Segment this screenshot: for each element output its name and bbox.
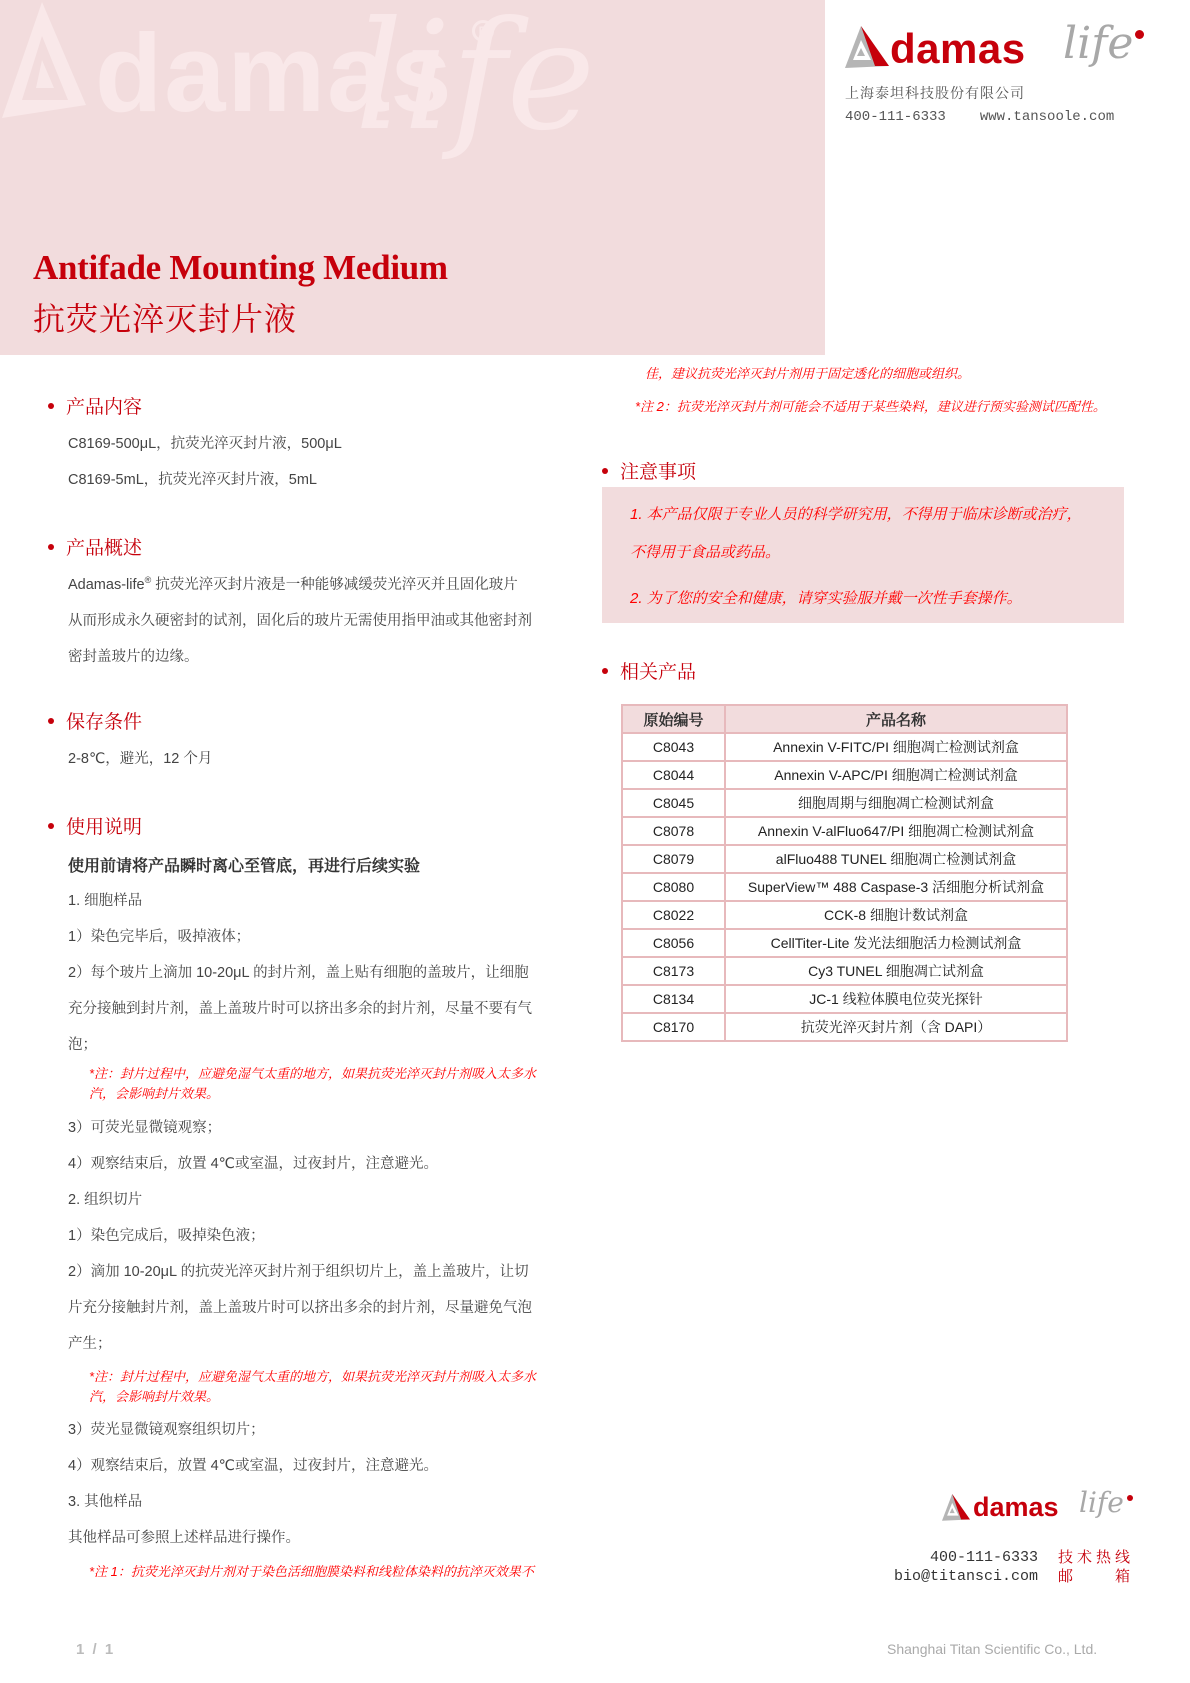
usage-instructions-end: 3）荧光显微镜观察组织切片； 4）观察结束后，放置 4℃或室温，过夜封片，注意避…: [68, 1412, 580, 1556]
footer-email[interactable]: bio@titansci.com: [894, 1567, 1038, 1586]
bullet-icon: [48, 403, 54, 409]
triangle-logo-icon: [845, 26, 889, 70]
table-header-row: 原始编号 产品名称: [622, 705, 1067, 733]
usage-step: 2）每个玻片上滴加 10-20μL 的封片剂，盖上贴有细胞的盖玻片，让细胞: [68, 955, 580, 991]
usage-step: 其他样品可参照上述样品进行操作。: [68, 1520, 580, 1556]
footer-phone: 400-111-6333: [930, 1548, 1038, 1567]
footer-phone-row: 400-111-6333 技术热线: [870, 1548, 1130, 1567]
contents-item: C8169-500μL，抗荧光淬灭封片液，500μL: [68, 426, 580, 462]
column-header-code: 原始编号: [622, 705, 725, 733]
contents-item: C8169-5mL，抗荧光淬灭封片液，5mL: [68, 462, 580, 498]
usage-step: 充分接触到封片剂，盖上盖玻片时可以挤出多余的封片剂，尽量不要有气: [68, 991, 580, 1027]
section-heading-overview: 产品概述: [48, 533, 142, 560]
triangle-logo-icon: [2, 0, 92, 118]
phone-number: 400-111-6333: [845, 109, 946, 125]
brand-logo: damas life: [845, 24, 1165, 79]
usage-step: 泡；: [68, 1027, 580, 1063]
storage-text: 2-8℃，避光，12 个月: [68, 741, 580, 777]
footer-email-label: 邮箱: [1058, 1567, 1130, 1586]
usage-note-tissue: *注：封片过程中，应避免湿气太重的地方，如果抗荧光淬灭封片剂吸入太多水 汽，会影…: [89, 1367, 536, 1407]
precaution-item: 2. 为了您的安全和健康，请穿实验服并戴一次性手套操作。: [630, 589, 1124, 609]
usage-step: 片充分接触封片剂，盖上盖玻片时可以挤出多余的封片剂，尽量避免气泡: [68, 1290, 580, 1326]
triangle-logo-icon: [941, 1494, 971, 1522]
table-row: C8022CCK-8 细胞计数试剂盒: [622, 901, 1067, 929]
registered-icon: [1127, 1495, 1133, 1501]
watermark-logo: damas life R: [0, 0, 825, 180]
registered-icon: R: [472, 20, 494, 42]
page-number: 1 / 1: [76, 1641, 115, 1658]
footer-brand-name: damas: [973, 1492, 1059, 1523]
table-row: C8080SuperView™ 488 Caspase-3 活细胞分析试剂盒: [622, 873, 1067, 901]
footer-logo: damas life: [941, 1490, 1141, 1535]
brand-block: damas life 上海泰坦科技股份有限公司 400-111-6333www.…: [845, 24, 1165, 125]
registered-icon: [1135, 30, 1144, 39]
section-heading-contents: 产品内容: [48, 392, 142, 419]
overview-line: 密封盖玻片的边缘。: [68, 639, 580, 675]
company-name-en: Shanghai Titan Scientific Co., Ltd.: [887, 1641, 1097, 1657]
website-link[interactable]: www.tansoole.com: [980, 109, 1114, 125]
header-band: damas life R Antifade Mounting Medium 抗荧…: [0, 0, 825, 355]
table-row: C8078Annexin V-alFluo647/PI 细胞凋亡检测试剂盒: [622, 817, 1067, 845]
bullet-icon: [48, 718, 54, 724]
product-title-cn: 抗荧光淬灭封片液: [33, 294, 297, 340]
table-row: C8044Annexin V-APC/PI 细胞凋亡检测试剂盒: [622, 761, 1067, 789]
usage-step: 1）染色完毕后，吸掉液体；: [68, 919, 580, 955]
overview-text: Adamas-life® 抗荧光淬灭封片液是一种能够减缓荧光淬灭并且固化玻片 从…: [68, 567, 580, 675]
section-heading-storage: 保存条件: [48, 707, 142, 734]
company-name-cn: 上海泰坦科技股份有限公司: [845, 83, 1165, 103]
table-row: C8079alFluo488 TUNEL 细胞凋亡检测试剂盒: [622, 845, 1067, 873]
usage-note-2: *注 2：抗荧光淬灭封片剂可能会不适用于某些染料，建议进行预实验测试匹配性。: [635, 397, 1106, 417]
related-products-table: 原始编号 产品名称 C8043Annexin V-FITC/PI 细胞凋亡检测试…: [621, 704, 1068, 1042]
brand-contact: 400-111-6333www.tansoole.com: [845, 109, 1165, 125]
usage-step: 4）观察结束后，放置 4℃或室温，过夜封片，注意避光。: [68, 1146, 580, 1182]
overview-line: 从而形成永久硬密封的试剂，固化后的玻片无需使用指甲油或其他密封剂: [68, 603, 580, 639]
brand-script: life: [1063, 18, 1133, 69]
precaution-item: 1. 本产品仅限于专业人员的科学研究用，不得用于临床诊断或治疗，: [630, 505, 1124, 525]
usage-instructions-cont: 3）可荧光显微镜观察； 4）观察结束后，放置 4℃或室温，过夜封片，注意避光。 …: [68, 1110, 580, 1362]
table-row: C8045细胞周期与细胞凋亡检测试剂盒: [622, 789, 1067, 817]
usage-step: 2. 组织切片: [68, 1182, 580, 1218]
footer-email-row: bio@titansci.com 邮箱: [870, 1567, 1130, 1586]
usage-step: 3）可荧光显微镜观察；: [68, 1110, 580, 1146]
table-row: C8134JC-1 线粒体膜电位荧光探针: [622, 985, 1067, 1013]
usage-step: 3. 其他样品: [68, 1484, 580, 1520]
table-row: C8043Annexin V-FITC/PI 细胞凋亡检测试剂盒: [622, 733, 1067, 761]
bullet-icon: [48, 823, 54, 829]
section-heading-usage: 使用说明: [48, 812, 142, 839]
section-heading-precautions: 注意事项: [602, 457, 696, 484]
contents-list: C8169-500μL，抗荧光淬灭封片液，500μL C8169-5mL，抗荧光…: [68, 426, 580, 498]
table-row: C8170抗荧光淬灭封片剂（含 DAPI）: [622, 1013, 1067, 1041]
table-row: C8173Cy3 TUNEL 细胞凋亡试剂盒: [622, 957, 1067, 985]
usage-note-cells: *注：封片过程中，应避免湿气太重的地方，如果抗荧光淬灭封片剂吸入太多水 汽，会影…: [89, 1064, 536, 1104]
usage-note-1: *注 1：抗荧光淬灭封片剂对于染色活细胞膜染料和线粒体染料的抗淬灭效果不: [89, 1562, 534, 1582]
usage-step: 4）观察结束后，放置 4℃或室温，过夜封片，注意避光。: [68, 1448, 580, 1484]
usage-note-1-cont: 佳，建议抗荧光淬灭封片剂用于固定透化的细胞或组织。: [645, 364, 970, 384]
usage-intro: 使用前请将产品瞬时离心至管底，再进行后续实验: [68, 851, 580, 883]
usage-step: 产生；: [68, 1326, 580, 1362]
product-title-en: Antifade Mounting Medium: [33, 248, 448, 288]
footer-brand-script: life: [1079, 1486, 1124, 1519]
table-row: C8056CellTiter-Lite 发光法细胞活力检测试剂盒: [622, 929, 1067, 957]
section-heading-related: 相关产品: [602, 657, 696, 684]
footer-phone-label: 技术热线: [1058, 1548, 1130, 1567]
overview-line: Adamas-life® 抗荧光淬灭封片液是一种能够减缓荧光淬灭并且固化玻片: [68, 567, 580, 603]
usage-step: 3）荧光显微镜观察组织切片；: [68, 1412, 580, 1448]
footer-contacts: 400-111-6333 技术热线 bio@titansci.com 邮箱: [870, 1548, 1130, 1586]
usage-instructions: 使用前请将产品瞬时离心至管底，再进行后续实验 1. 细胞样品 1）染色完毕后，吸…: [68, 851, 580, 1063]
bullet-icon: [602, 468, 608, 474]
precautions-box: 1. 本产品仅限于专业人员的科学研究用，不得用于临床诊断或治疗， 不得用于食品或…: [602, 487, 1124, 623]
precaution-item: 不得用于食品或药品。: [630, 543, 1124, 563]
usage-step: 1）染色完成后，吸掉染色液；: [68, 1218, 580, 1254]
bullet-icon: [48, 544, 54, 550]
usage-step: 1. 细胞样品: [68, 883, 580, 919]
bullet-icon: [602, 668, 608, 674]
usage-step: 2）滴加 10-20μL 的抗荧光淬灭封片剂于组织切片上，盖上盖玻片，让切: [68, 1254, 580, 1290]
column-header-name: 产品名称: [725, 705, 1067, 733]
brand-name: damas: [890, 24, 1026, 74]
